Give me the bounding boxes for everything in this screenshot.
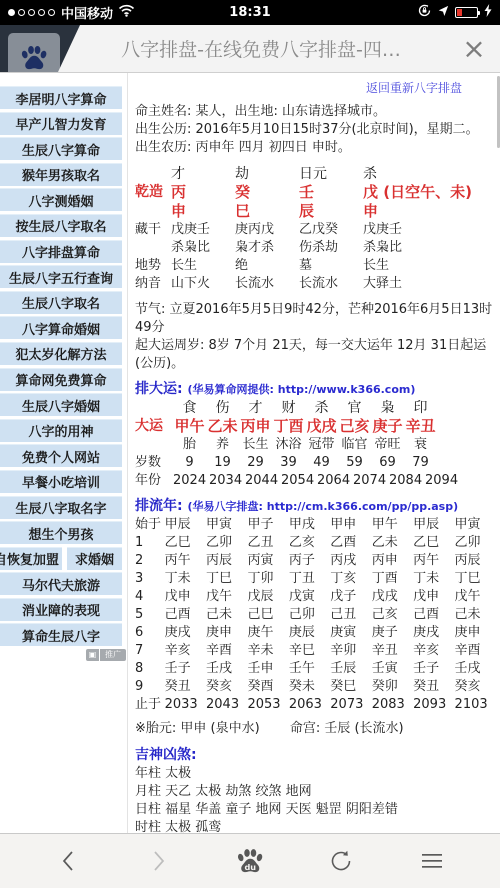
browser-logo[interactable] [8, 33, 60, 72]
liunian-cell: 壬戌 [455, 660, 496, 678]
liunian-cell: 戊辰 [247, 588, 288, 606]
pillar-row: 藏干戊庚壬庚丙戊乙戊癸戊庚壬 [135, 221, 496, 239]
liunian-cell: 癸丑 [413, 678, 454, 696]
dayun-cell: 2044 [245, 472, 281, 490]
dayun-cell: 2094 [425, 472, 461, 490]
pillar-cell: 墓 [299, 257, 363, 275]
liunian-cell: 癸未 [289, 678, 330, 696]
liunian-cell: 乙丑 [247, 534, 288, 552]
liunian-label: 始于 [135, 516, 165, 534]
liunian-row: 3丁未丁巳丁卯丁丑丁亥丁酉丁未丁巳 [135, 570, 496, 588]
pillar-cell: 长流水 [299, 275, 363, 293]
pillar-cell: 劫 [235, 165, 299, 183]
dayun-cell: 枭 [371, 399, 404, 417]
dayun-label: 年份 [135, 472, 173, 490]
owner-name-line: 命主姓名: 某人，出生地: 山东请选择城市。 [135, 103, 496, 121]
pillar-label: 纳音 [135, 275, 171, 293]
svg-text:du: du [244, 862, 256, 872]
sidebar-item[interactable]: 按生辰八字取名 [0, 214, 122, 237]
dayun-cell: 己亥 [338, 417, 371, 436]
liunian-cell: 2093 [413, 696, 454, 714]
dayun-source-link[interactable]: (华易算命网提供: http://www.k366.com) [187, 383, 415, 396]
liunian-label: 3 [135, 570, 165, 588]
liunian-label: 4 [135, 588, 165, 606]
liunian-row: 7辛亥辛酉辛未辛巳辛卯辛丑辛亥辛酉 [135, 642, 496, 660]
liunian-cell: 辛亥 [413, 642, 454, 660]
dayun-cell: 乙未 [206, 417, 239, 436]
charging-bolt-icon [484, 4, 492, 21]
sidebar-item[interactable]: 算命生辰八字 [0, 623, 122, 646]
pillar-cell: 长生 [171, 257, 235, 275]
pillar-cell: 杀 [363, 165, 377, 183]
sidebar-item[interactable]: 八字测婚姻 [0, 188, 122, 211]
liunian-label: 5 [135, 606, 165, 624]
pillar-label [135, 202, 171, 221]
dayun-cell: 2034 [209, 472, 245, 490]
liunian-cell: 庚申 [455, 624, 496, 642]
pillar-cell: 巳 [235, 202, 299, 221]
liunian-row: 8壬子壬戌壬申壬午壬辰壬寅壬子壬戌 [135, 660, 496, 678]
pillar-row: 地势长生绝墓长生 [135, 257, 496, 275]
liunian-cell: 壬戌 [206, 660, 247, 678]
jishen-line: 时柱 太极 孤鸾 [135, 819, 496, 833]
liunian-cell: 戊寅 [289, 588, 330, 606]
dayun-cell: 胎 [173, 436, 206, 454]
jishen-line: 日柱 福星 华盖 童子 地网 天医 魁罡 阴阳差错 [135, 801, 496, 819]
liunian-cell: 乙酉 [330, 534, 371, 552]
pillar-cell: 长流水 [235, 275, 299, 293]
refresh-button[interactable] [319, 839, 363, 883]
dayun-label [135, 399, 173, 417]
liunian-row: 2丙午丙辰丙寅丙子丙戌丙申丙午丙辰 [135, 552, 496, 570]
rotation-lock-icon [418, 4, 431, 21]
dayun-title: 排大运: (华易算命网提供: http://www.k366.com) [135, 380, 496, 399]
liunian-row: 6庚戌庚申庚午庚辰庚寅庚子庚戌庚申 [135, 624, 496, 642]
liunian-cell: 辛丑 [372, 642, 413, 660]
dayun-cell: 衰 [404, 436, 437, 454]
dayun-table: 食伤才财杀官枭印大运甲午乙未丙申丁酉戊戌己亥庚子辛丑胎养长生沐浴冠带临官帝旺衰岁… [135, 399, 496, 490]
sidebar-item[interactable]: 八字排盘算命 [0, 240, 122, 263]
liunian-row: 4戊申戊午戊辰戊寅戊子戊戌戊申戊午 [135, 588, 496, 606]
sidebar-item[interactable]: 想生个男孩 [0, 521, 122, 544]
baidu-home-button[interactable]: du [228, 839, 272, 883]
liunian-cell: 己未 [206, 606, 247, 624]
liunian-cell: 己卯 [289, 606, 330, 624]
jishen-lines: 年柱 太极月柱 天乙 太极 劫煞 绞煞 地网日柱 福星 华盖 童子 地网 天医 … [135, 765, 496, 833]
dayun-cell: 才 [239, 399, 272, 417]
liunian-cell: 壬子 [413, 660, 454, 678]
liunian-label: 6 [135, 624, 165, 642]
dayun-cell: 79 [404, 454, 437, 472]
liunian-cell: 辛未 [247, 642, 288, 660]
phone-screen: 中国移动 18:31 [0, 0, 500, 888]
jieqi-line: 节气: 立夏2016年5月5日9时42分，芒种2016年6月5日13时49分 [135, 301, 496, 337]
liunian-cell: 乙卯 [455, 534, 496, 552]
solar-terms: 节气: 立夏2016年5月5日9时42分，芒种2016年6月5日13时49分 起… [135, 301, 496, 373]
sidebar-item[interactable]: 自恢复加盟 [0, 547, 62, 570]
sidebar-item[interactable]: 生辰八字算命 [0, 137, 122, 160]
ad-badge[interactable]: ▣ 推广 [86, 649, 126, 661]
jishen-section: 吉神凶煞: 年柱 太极月柱 天乙 太极 劫煞 绞煞 地网日柱 福星 华盖 童子 … [135, 746, 496, 833]
dayun-cell: 伤 [206, 399, 239, 417]
liunian-cell: 己未 [455, 606, 496, 624]
liunian-cell: 2053 [247, 696, 288, 714]
liunian-cell: 己亥 [372, 606, 413, 624]
liunian-cell: 辛巳 [289, 642, 330, 660]
pillar-label: 乾造 [135, 183, 171, 202]
pillar-cell: 绝 [235, 257, 299, 275]
pillar-cell: 戊 (日空午、未) [363, 183, 472, 202]
dayun-cell: 9 [173, 454, 206, 472]
pillar-cell: 壬 [299, 183, 363, 202]
sidebar-item[interactable]: 生辰八字五行查询 [0, 265, 122, 288]
liunian-label: 9 [135, 678, 165, 696]
liunian-title: 排流年: (华易八字排盘: http://cm.k366.com/pp/pp.a… [135, 497, 496, 516]
dayun-row: 岁数919293949596979 [135, 454, 496, 472]
gregorian-birth-line: 出生公历: 2016年5月10日15时37分(北京时间)，星期二。 [135, 121, 496, 139]
liunian-cell: 庚子 [372, 624, 413, 642]
liunian-cell: 丁亥 [330, 570, 371, 588]
pillar-row: 乾造丙癸壬戊 (日空午、未) [135, 183, 496, 202]
dayun-cell: 庚子 [371, 417, 404, 436]
dayun-cell: 帝旺 [371, 436, 404, 454]
pillar-label: 地势 [135, 257, 171, 275]
liunian-cell: 癸丑 [165, 678, 206, 696]
liunian-cell: 2083 [372, 696, 413, 714]
liunian-cell: 己丑 [330, 606, 371, 624]
back-to-paipan-link[interactable]: 返回重新八字排盘 [366, 81, 462, 95]
dayun-cell: 冠带 [305, 436, 338, 454]
menu-button[interactable] [410, 839, 454, 883]
liunian-cell: 戊午 [206, 588, 247, 606]
liunian-cell: 丁未 [165, 570, 206, 588]
sidebar-item[interactable]: 早产儿智力发育 [0, 112, 122, 135]
liunian-cell: 丁卯 [247, 570, 288, 588]
liunian-cell: 丁巳 [455, 570, 496, 588]
back-button[interactable] [46, 839, 90, 883]
browser-tab[interactable]: 八字排盘-在线免费八字排盘-四… × [58, 25, 500, 72]
liunian-cell: 己酉 [165, 606, 206, 624]
dayun-cell: 29 [239, 454, 272, 472]
pillar-cell: 申 [363, 202, 378, 221]
liunian-cell: 戊午 [455, 588, 496, 606]
dayun-label: 大运 [135, 417, 173, 436]
pillar-cell: 山下火 [171, 275, 235, 293]
bazi-report: 返回重新八字排盘 命主姓名: 某人，出生地: 山东请选择城市。 出生公历: 20… [127, 73, 500, 833]
jishen-title: 吉神凶煞: [135, 746, 496, 765]
page-title: 八字排盘-在线免费八字排盘-四… [58, 35, 448, 62]
dayun-cell: 19 [206, 454, 239, 472]
baidu-paw-icon: du [235, 847, 265, 875]
pillar-row: 才劫日元杀 [135, 165, 496, 183]
liunian-cell: 丙午 [165, 552, 206, 570]
dayun-row: 年份20242034204420542064207420842094 [135, 472, 496, 490]
pillar-cell: 长生 [363, 257, 389, 275]
liunian-cell: 戊申 [413, 588, 454, 606]
sidebar-item[interactable]: 八字的用神 [0, 419, 122, 442]
liunian-cell: 甲戌 [289, 516, 330, 534]
dayun-cell: 69 [371, 454, 404, 472]
liunian-cell: 2033 [165, 696, 206, 714]
dayun-cell: 丙申 [239, 417, 272, 436]
liunian-cell: 壬寅 [372, 660, 413, 678]
liunian-cell: 甲子 [247, 516, 288, 534]
dayun-cell: 财 [272, 399, 305, 417]
liunian-cell: 甲申 [330, 516, 371, 534]
dayun-row: 胎养长生沐浴冠带临官帝旺衰 [135, 436, 496, 454]
pillar-table: 才劫日元杀乾造丙癸壬戊 (日空午、未)申巳辰申藏干戊庚壬庚丙戊乙戊癸戊庚壬杀枭比… [135, 165, 496, 293]
baidu-paw-icon [19, 44, 49, 72]
dayun-cell: 养 [206, 436, 239, 454]
forward-button[interactable] [137, 839, 181, 883]
dayun-cell: 戊戌 [305, 417, 338, 436]
liunian-cell: 丙辰 [455, 552, 496, 570]
dayun-cell: 辛丑 [404, 417, 437, 436]
liunian-row: 止于20332043205320632073208320932103 [135, 696, 496, 714]
liunian-cell: 庚戌 [165, 624, 206, 642]
liunian-label: 止于 [135, 696, 165, 714]
liunian-cell: 庚戌 [413, 624, 454, 642]
pillar-cell: 戊庚壬 [171, 221, 235, 239]
dayun-cell: 食 [173, 399, 206, 417]
liunian-label: 8 [135, 660, 165, 678]
dayun-row: 食伤才财杀官枭印 [135, 399, 496, 417]
liunian-cell: 壬申 [247, 660, 288, 678]
page-body: ▣ 推广 李居明八字算命早产儿智力发育生辰八字算命猴年男孩取名八字测婚姻按生辰八… [0, 72, 500, 833]
liunian-cell: 壬辰 [330, 660, 371, 678]
liunian-cell: 乙卯 [206, 534, 247, 552]
pillar-cell: 庚丙戊 [235, 221, 299, 239]
liunian-cell: 庚申 [206, 624, 247, 642]
liunian-cell: 丙寅 [247, 552, 288, 570]
liunian-cell: 丁巳 [206, 570, 247, 588]
liunian-cell: 丙戌 [330, 552, 371, 570]
sidebar-item[interactable]: 免费个人网站 [0, 444, 122, 467]
sidebar-item[interactable]: 生辰八字婚姻 [0, 393, 122, 416]
liunian-cell: 癸酉 [247, 678, 288, 696]
liunian-cell: 戊申 [165, 588, 206, 606]
dayun-label: 岁数 [135, 454, 173, 472]
liunian-row: 5己酉己未己巳己卯己丑己亥己酉己未 [135, 606, 496, 624]
dayun-cell: 2074 [353, 472, 389, 490]
pillar-cell: 枭才杀 [235, 239, 299, 257]
liunian-cell: 乙巳 [413, 534, 454, 552]
liunian-table: 始于甲辰甲寅甲子甲戌甲申甲午甲辰甲寅1乙巳乙卯乙丑乙亥乙酉乙未乙巳乙卯2丙午丙辰… [135, 516, 496, 714]
location-arrow-icon [437, 5, 449, 21]
pillar-label: 藏干 [135, 221, 171, 239]
ad-info-icon: ▣ [86, 649, 99, 661]
liunian-cell: 戊子 [330, 588, 371, 606]
dayun-cell: 59 [338, 454, 371, 472]
close-tab-icon[interactable]: × [448, 25, 500, 72]
liunian-cell: 甲寅 [455, 516, 496, 534]
liunian-label: 7 [135, 642, 165, 660]
liunian-cell: 丙午 [413, 552, 454, 570]
battery-icon [455, 7, 478, 18]
dayun-cell: 49 [305, 454, 338, 472]
pillar-cell: 才 [171, 165, 235, 183]
liunian-cell: 甲寅 [206, 516, 247, 534]
liunian-source-link[interactable]: (华易八字排盘: http://cm.k366.com/pp/pp.asp) [187, 500, 458, 513]
browser-tab-bar: 八字排盘-在线免费八字排盘-四… × [0, 25, 500, 72]
liunian-cell: 庚寅 [330, 624, 371, 642]
liunian-cell: 戊戌 [372, 588, 413, 606]
pillar-label [135, 239, 171, 257]
pillar-row: 杀枭比枭才杀伤杀劫杀枭比 [135, 239, 496, 257]
dayun-cell: 印 [404, 399, 437, 417]
pillar-cell: 杀枭比 [363, 239, 402, 257]
liunian-cell: 庚午 [247, 624, 288, 642]
pillar-cell: 大驿土 [363, 275, 402, 293]
sidebar-item[interactable]: 消业障的表现 [0, 598, 122, 621]
liunian-row: 1乙巳乙卯乙丑乙亥乙酉乙未乙巳乙卯 [135, 534, 496, 552]
pillar-cell: 伤杀劫 [299, 239, 363, 257]
liunian-cell: 丙辰 [206, 552, 247, 570]
sidebar-item[interactable]: 生辰八字取名字 [0, 496, 122, 519]
qidayun-line: 起大运周岁: 8岁 7个月 21天，每一交大运年 12月 31日起运(公历)。 [135, 337, 496, 373]
dayun-row: 大运甲午乙未丙申丁酉戊戌己亥庚子辛丑 [135, 417, 496, 436]
pillar-cell: 辰 [299, 202, 363, 221]
liunian-cell: 乙亥 [289, 534, 330, 552]
sidebar-item[interactable]: 马尔代夫旅游 [0, 572, 122, 595]
dayun-cell: 甲午 [173, 417, 206, 436]
sidebar-item[interactable]: 算命网免费算命 [0, 368, 122, 391]
pillar-row: 申巳辰申 [135, 202, 496, 221]
dayun-cell: 2064 [317, 472, 353, 490]
liunian-cell: 2043 [206, 696, 247, 714]
dayun-cell: 临官 [338, 436, 371, 454]
jishen-line: 年柱 太极 [135, 765, 496, 783]
liunian-row: 始于甲辰甲寅甲子甲戌甲申甲午甲辰甲寅 [135, 516, 496, 534]
dayun-cell: 2054 [281, 472, 317, 490]
liunian-cell: 癸亥 [206, 678, 247, 696]
sidebar-split-row: 自恢复加盟求婚姻 [0, 547, 122, 570]
lunar-birth-line: 出生农历: 丙申年 四月 初四日 申时。 [135, 139, 496, 157]
liunian-cell: 甲辰 [413, 516, 454, 534]
sidebar-item[interactable]: 早餐小吃培训 [0, 470, 122, 493]
liunian-cell: 辛酉 [455, 642, 496, 660]
liunian-cell: 壬午 [289, 660, 330, 678]
sidebar-item[interactable]: 犯太岁化解方法 [0, 342, 122, 365]
dayun-cell: 丁酉 [272, 417, 305, 436]
liunian-cell: 丁未 [413, 570, 454, 588]
dayun-cell: 官 [338, 399, 371, 417]
dayun-cell: 2084 [389, 472, 425, 490]
liunian-cell: 辛卯 [330, 642, 371, 660]
liunian-cell: 乙巳 [165, 534, 206, 552]
liunian-cell: 2103 [455, 696, 496, 714]
sidebar-item[interactable]: 生辰八字取名 [0, 291, 122, 314]
pillar-cell: 癸 [235, 183, 299, 202]
sidebar-item[interactable]: 求婚姻 [67, 547, 122, 570]
liunian-cell: 丙申 [372, 552, 413, 570]
sidebar-item[interactable]: 李居明八字算命 [0, 86, 122, 109]
dayun-cell: 沐浴 [272, 436, 305, 454]
ad-badge-label: 推广 [100, 649, 126, 661]
liunian-cell: 乙未 [372, 534, 413, 552]
liunian-cell: 甲辰 [165, 516, 206, 534]
dayun-label [135, 436, 173, 454]
taiyuan-minggong-line: ※胎元: 甲申 (泉中水) 命宫: 壬辰 (长流水) [135, 720, 496, 738]
dayun-cell: 39 [272, 454, 305, 472]
liunian-cell: 己巳 [247, 606, 288, 624]
liunian-cell: 丁酉 [372, 570, 413, 588]
liunian-label: 1 [135, 534, 165, 552]
browser-toolbar: du [0, 833, 500, 888]
status-bar: 中国移动 18:31 [0, 0, 500, 25]
liunian-row: 9癸丑癸亥癸酉癸未癸巳癸卯癸丑癸亥 [135, 678, 496, 696]
liunian-cell: 丁丑 [289, 570, 330, 588]
birth-info: 命主姓名: 某人，出生地: 山东请选择城市。 出生公历: 2016年5月10日1… [135, 103, 496, 157]
liunian-cell: 辛酉 [206, 642, 247, 660]
pillar-cell: 杀枭比 [171, 239, 235, 257]
liunian-cell: 2073 [330, 696, 371, 714]
pillar-cell: 丙 [171, 183, 235, 202]
liunian-cell: 癸卯 [372, 678, 413, 696]
liunian-cell: 癸巳 [330, 678, 371, 696]
pillar-label [135, 165, 171, 183]
liunian-cell: 己酉 [413, 606, 454, 624]
pillar-row: 纳音山下火长流水长流水大驿土 [135, 275, 496, 293]
liunian-cell: 2063 [289, 696, 330, 714]
liunian-cell: 丙子 [289, 552, 330, 570]
dayun-cell: 2024 [173, 472, 209, 490]
pillar-cell: 申 [171, 202, 235, 221]
liunian-cell: 癸亥 [455, 678, 496, 696]
liunian-cell: 庚辰 [289, 624, 330, 642]
liunian-cell: 壬子 [165, 660, 206, 678]
dayun-cell: 长生 [239, 436, 272, 454]
dayun-cell: 杀 [305, 399, 338, 417]
liunian-label: 2 [135, 552, 165, 570]
pillar-cell: 戊庚壬 [363, 221, 402, 239]
pillar-cell: 日元 [299, 165, 363, 183]
pillar-cell: 乙戊癸 [299, 221, 363, 239]
sidebar-item[interactable]: 八字算命婚姻 [0, 316, 122, 339]
liunian-cell: 辛亥 [165, 642, 206, 660]
liunian-cell: 甲午 [372, 516, 413, 534]
sidebar-ad-links: ▣ 推广 李居明八字算命早产儿智力发育生辰八字算命猴年男孩取名八字测婚姻按生辰八… [0, 73, 127, 833]
jishen-line: 月柱 天乙 太极 劫煞 绞煞 地网 [135, 783, 496, 801]
sidebar-item[interactable]: 猴年男孩取名 [0, 163, 122, 186]
